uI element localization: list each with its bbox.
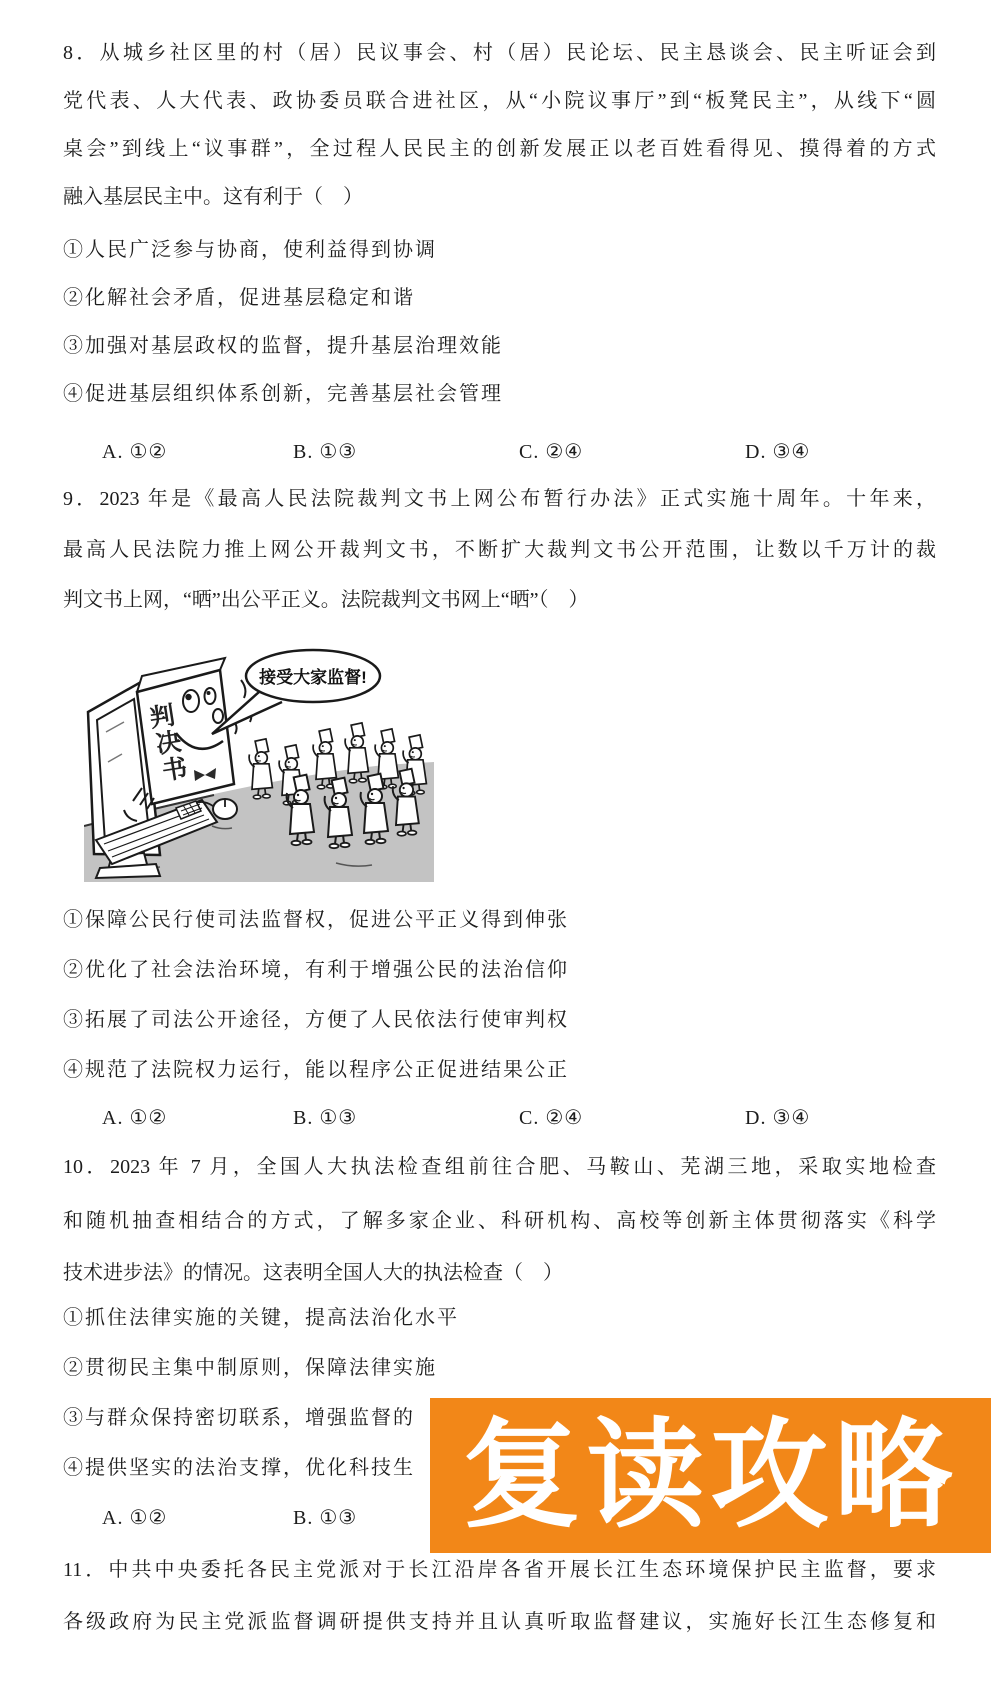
q8-answer-row: A. ①② B. ①③ C. ②④ D. ③④ [102, 439, 962, 465]
q8-answer-b: B. ①③ [293, 439, 357, 464]
q8-answer-c: C. ②④ [519, 439, 583, 464]
q9-answer-b: B. ①③ [293, 1105, 357, 1130]
q10-answer-a: A. ①② [102, 1505, 167, 1530]
q8-stem-line-1: 8．从城乡社区里的村（居）民议事会、村（居）民论坛、民主恳谈会、民主听证会到 [63, 40, 936, 66]
q10-option-2: ②贯彻民主集中制原则，保障法律实施 [63, 1355, 437, 1381]
q9-option-3: ③拓展了司法公开途径，方便了人民依法行使审判权 [63, 1007, 569, 1033]
q9-stem-line-3: 判文书上网，“晒”出公平正义。法院裁判文书网上“晒”（ ） [63, 587, 589, 613]
q10-option-3: ③与群众保持密切联系，增强监督的 [63, 1405, 415, 1431]
q8-option-2: ②化解社会矛盾，促进基层稳定和谐 [63, 285, 415, 311]
speech-bubble: 接受大家监督! [212, 650, 380, 734]
watermark-banner: 复读攻略 [430, 1398, 991, 1553]
exam-page: 8．从城乡社区里的村（居）民议事会、村（居）民论坛、民主恳谈会、民主听证会到 党… [0, 0, 1000, 1686]
q10-option-4: ④提供坚实的法治支撑，优化科技生 [63, 1455, 415, 1481]
q9-option-4: ④规范了法院权力运行，能以程序公正促进结果公正 [63, 1057, 569, 1083]
q10-stem-line-2: 和随机抽查相结合的方式，了解多家企业、科研机构、高校等创新主体贯彻落实《科学 [63, 1208, 936, 1234]
q9-answer-row: A. ①② B. ①③ C. ②④ D. ③④ [102, 1105, 962, 1131]
q9-answer-a: A. ①② [102, 1105, 167, 1130]
q10-answer-b: B. ①③ [293, 1505, 357, 1530]
q9-stem-line-1: 9．2023 年是《最高人民法院裁判文书上网公布暂行办法》正式实施十周年。十年来… [63, 486, 936, 512]
q8-option-3: ③加强对基层政权的监督，提升基层治理效能 [63, 333, 503, 359]
court-cartoon-illustration: 判 决 书 接受大家监督! [84, 612, 434, 882]
q8-stem-line-3: 桌会”到线上“议事群”，全过程人民民主的创新发展正以老百姓看得见、摸得着的方式 [63, 136, 936, 162]
doc-label-char-1: 判 [148, 701, 177, 733]
q9-stem-line-2: 最高人民法院力推上网公开裁判文书，不断扩大裁判文书公开范围，让数以千万计的裁 [63, 537, 936, 563]
q8-option-1: ①人民广泛参与协商，使利益得到协调 [63, 237, 437, 263]
q9-answer-d: D. ③④ [745, 1105, 810, 1130]
doc-label-char-2: 决 [154, 728, 183, 760]
speech-bubble-text: 接受大家监督! [258, 667, 367, 687]
q8-answer-d: D. ③④ [745, 439, 810, 464]
q10-option-1: ①抓住法律实施的关键，提高法治化水平 [63, 1305, 459, 1331]
q9-option-1: ①保障公民行使司法监督权，促进公平正义得到伸张 [63, 907, 569, 933]
q8-stem-line-4: 融入基层民主中。这有利于（ ） [63, 184, 363, 210]
q10-stem-line-3: 技术进步法》的情况。这表明全国人大的执法检查（ ） [63, 1260, 563, 1286]
q8-option-4: ④促进基层组织体系创新，完善基层社会管理 [63, 381, 503, 407]
q11-stem-line-1: 11．中共中央委托各民主党派对于长江沿岸各省开展长江生态环境保护民主监督，要求 [63, 1557, 936, 1583]
q9-option-2: ②优化了社会法治环境，有利于增强公民的法治信仰 [63, 957, 569, 983]
q9-answer-c: C. ②④ [519, 1105, 583, 1130]
q8-stem-line-2: 党代表、人大代表、政协委员联合进社区，从“小院议事厅”到“板凳民主”，从线下“圆 [63, 88, 936, 114]
q10-stem-line-1: 10．2023 年 7 月，全国人大执法检查组前往合肥、马鞍山、芜湖三地，采取实… [63, 1154, 936, 1180]
q8-answer-a: A. ①② [102, 439, 167, 464]
watermark-text: 复读攻略 [462, 1417, 958, 1535]
q11-stem-line-2: 各级政府为民主党派监督调研提供支持并且认真听取监督建议，实施好长江生态修复和 [63, 1609, 936, 1635]
doc-label-char-3: 书 [160, 754, 189, 786]
